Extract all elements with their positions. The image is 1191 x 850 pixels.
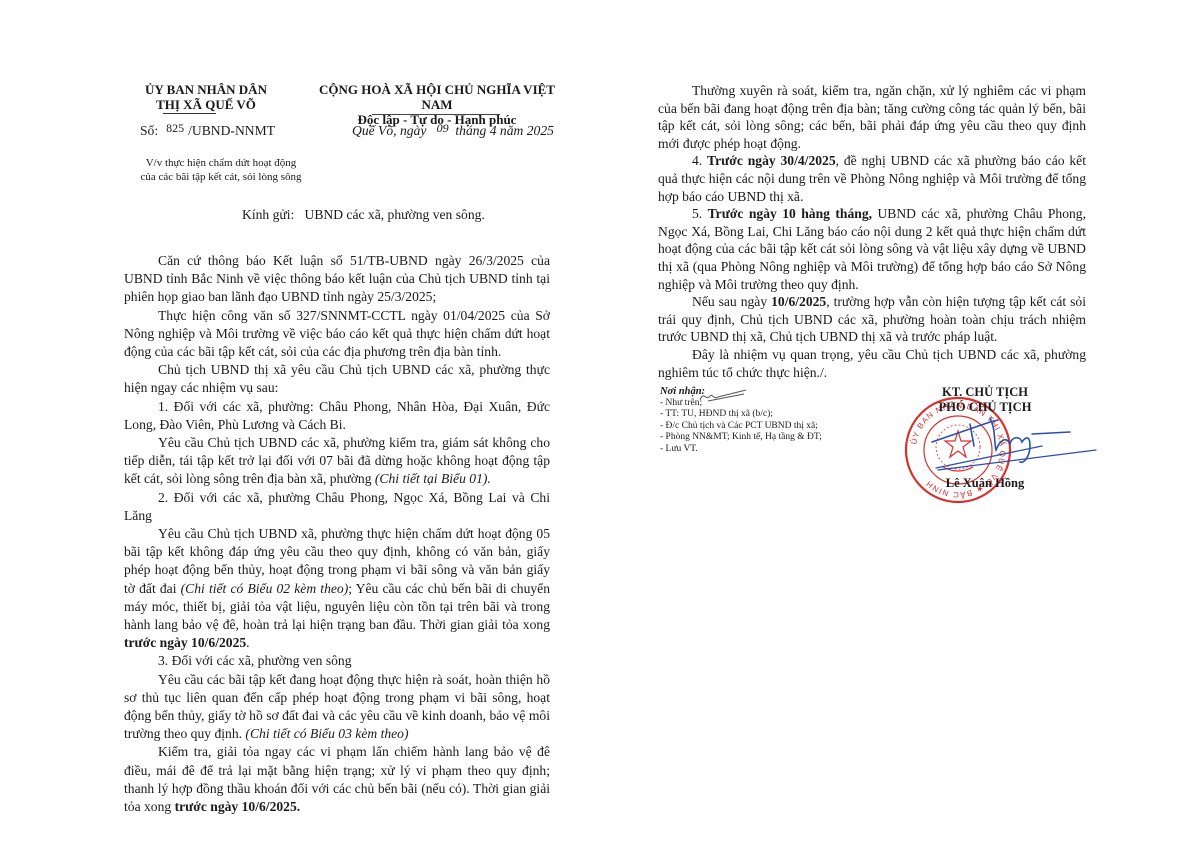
paragraph: Thực hiện công văn số 327/SNNMT-CCTL ngà… bbox=[124, 307, 550, 362]
initial-mark-icon bbox=[698, 388, 748, 404]
paragraph: Căn cứ thông báo Kết luận số 51/TB-UBND … bbox=[124, 252, 550, 307]
paragraph: 4. Trước ngày 30/4/2025, đề nghị UBND cá… bbox=[658, 152, 1086, 205]
signature-title-line1: KT. CHỦ TỊCH bbox=[905, 385, 1065, 400]
document-date: Quế Võ, ngày 09 tháng 4 năm 2025 bbox=[352, 123, 554, 139]
recipient-item: - TT: TU, HĐND thị xã (b/c); bbox=[660, 409, 880, 421]
motto-underline bbox=[372, 114, 500, 115]
paragraph: 5. Trước ngày 10 hàng tháng, UBND các xã… bbox=[658, 205, 1086, 293]
deadline: Trước ngày 10 hàng tháng, bbox=[708, 206, 872, 221]
date-prefix: Quế Võ, ngày bbox=[352, 123, 426, 138]
body-right-column: Thường xuyên rà soát, kiểm tra, ngăn chặ… bbox=[658, 82, 1086, 381]
date-suffix: tháng 4 năm 2025 bbox=[455, 123, 554, 138]
reference-note: (Chi tiết có Biểu 02 kèm theo) bbox=[181, 581, 349, 596]
document-subject: V/v thực hiện chấm dứt hoạt động của các… bbox=[131, 156, 311, 184]
paragraph: Chủ tịch UBND thị xã yêu cầu Chủ tịch UB… bbox=[124, 361, 550, 397]
reference-note: (Chi tiết tại Biểu 01). bbox=[375, 471, 491, 486]
agency-underline bbox=[163, 113, 216, 114]
paragraph: 1. Đối với các xã, phường: Châu Phong, N… bbox=[124, 398, 550, 434]
reference-note: (Chi tiết có Biểu 03 kèm theo) bbox=[245, 726, 408, 741]
addressee: Kính gửi: UBND các xã, phường ven sông. bbox=[242, 207, 485, 223]
recipients-list: Nơi nhận: - Như trên; - TT: TU, HĐND thị… bbox=[660, 386, 880, 455]
date-day: 09 bbox=[437, 121, 449, 135]
recipient-item: - Như trên; bbox=[660, 398, 880, 410]
document-number: Số:825/UBND-NNMT bbox=[140, 123, 275, 139]
deadline: Trước ngày 30/4/2025 bbox=[707, 153, 836, 168]
subject-line1: V/v thực hiện chấm dứt hoạt động bbox=[131, 156, 311, 170]
paragraph: Yêu cầu Chủ tịch UBND xã, phường thực hi… bbox=[124, 525, 550, 652]
deadline: trước ngày 10/6/2025. bbox=[175, 799, 301, 814]
paragraph: 3. Đối với các xã, phường ven sông bbox=[124, 652, 550, 670]
paragraph: Yêu cầu các bãi tập kết đang hoạt động t… bbox=[124, 671, 550, 744]
recipient-item: - Lưu VT. bbox=[660, 444, 880, 456]
body-left-column: Căn cứ thông báo Kết luận số 51/TB-UBND … bbox=[124, 252, 550, 816]
recipient-item: - Đ/c Chủ tịch và Các PCT UBND thị xã; bbox=[660, 421, 880, 433]
deadline: trước ngày 10/6/2025 bbox=[124, 635, 246, 650]
issuing-agency: ỦY BAN NHÂN DÂN THỊ XÃ QUẾ VÕ bbox=[131, 82, 281, 112]
recipients-title: Nơi nhận: bbox=[660, 386, 880, 398]
paragraph: Đây là nhiệm vụ quan trọng, yêu cầu Chủ … bbox=[658, 346, 1086, 381]
recipient-item: - Phòng NN&MT; Kinh tế, Hạ tầng & ĐT; bbox=[660, 432, 880, 444]
addressee-label: Kính gửi: bbox=[242, 207, 294, 222]
number-prefix: Số: bbox=[140, 123, 158, 138]
country-name: CỘNG HOÀ XÃ HỘI CHỦ NGHĨA VIỆT NAM bbox=[306, 82, 568, 112]
paragraph: Kiểm tra, giải tỏa ngay các vi phạm lấn … bbox=[124, 743, 550, 816]
addressee-value: UBND các xã, phường ven sông. bbox=[305, 207, 485, 222]
signer-name: Lê Xuân Hồng bbox=[905, 476, 1065, 491]
agency-line2: THỊ XÃ QUẾ VÕ bbox=[131, 97, 281, 112]
agency-line1: ỦY BAN NHÂN DÂN bbox=[131, 82, 281, 97]
subject-line2: của các bãi tập kết cát, sỏi lòng sông bbox=[131, 170, 311, 184]
number-suffix: /UBND-NNMT bbox=[188, 123, 275, 138]
handwritten-signature-icon bbox=[930, 410, 1100, 480]
paragraph: Yêu cầu Chủ tịch UBND các xã, phường kiể… bbox=[124, 434, 550, 489]
deadline: 10/6/2025 bbox=[771, 294, 826, 309]
paragraph: Thường xuyên rà soát, kiểm tra, ngăn chặ… bbox=[658, 82, 1086, 152]
paragraph: 2. Đối với các xã, phường Châu Phong, Ng… bbox=[124, 489, 550, 525]
number-value: 825 bbox=[166, 121, 184, 135]
paragraph: Nếu sau ngày 10/6/2025, trường hợp vẫn c… bbox=[658, 293, 1086, 346]
